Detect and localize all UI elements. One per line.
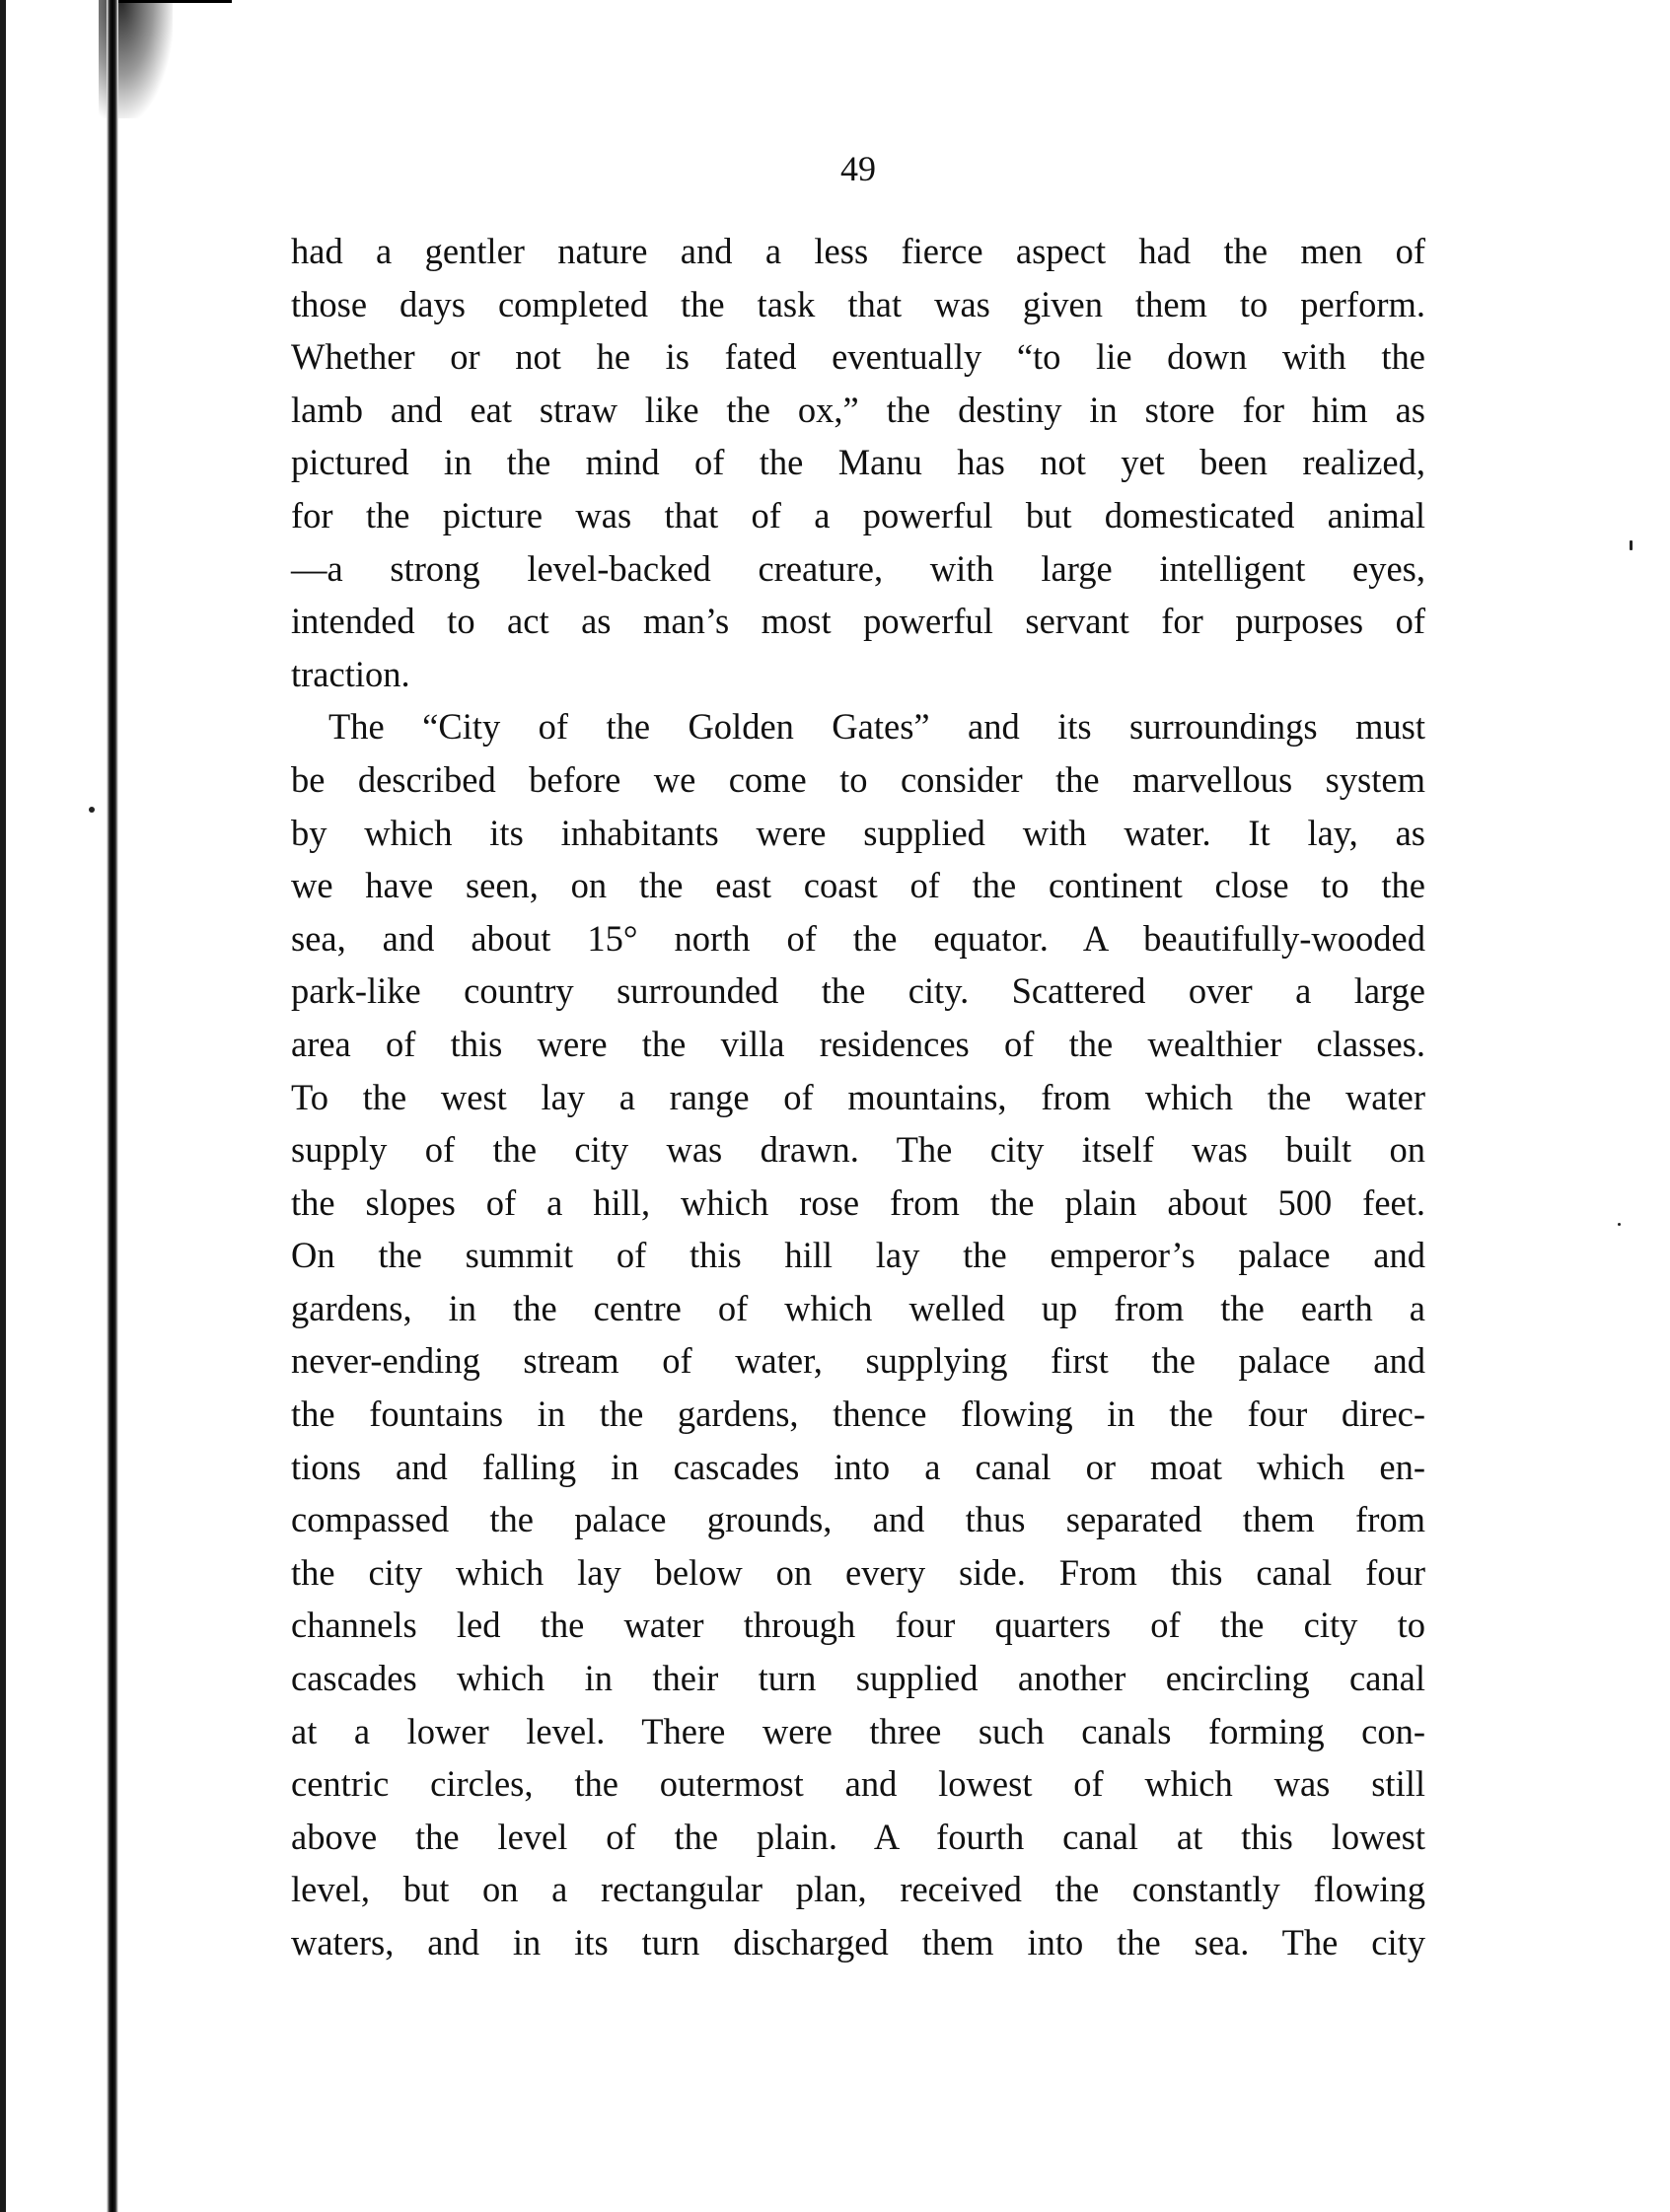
binding-gutter-line xyxy=(107,0,118,2212)
text-line: we have seen, on the east coast of the c… xyxy=(291,859,1425,912)
text-line: never-ending stream of water, supplying … xyxy=(291,1334,1425,1388)
text-line: tions and falling in cascades into a can… xyxy=(291,1441,1425,1494)
text-line: park-like country surrounded the city. S… xyxy=(291,964,1425,1018)
text-line: sea, and about 15° north of the equator.… xyxy=(291,912,1425,965)
paragraph-start-line: The “City of the Golden Gates” and its s… xyxy=(291,700,1425,753)
text-line: those days completed the task that was g… xyxy=(291,278,1425,331)
page-number: 49 xyxy=(0,148,1670,189)
text-line: To the west lay a range of mountains, fr… xyxy=(291,1071,1425,1124)
text-line: On the summit of this hill lay the emper… xyxy=(291,1229,1425,1282)
scan-speck xyxy=(1618,1223,1621,1226)
text-line: for the picture was that of a powerful b… xyxy=(291,489,1425,542)
text-line: Whether or not he is fated eventually “t… xyxy=(291,330,1425,384)
text-line: above the level of the plain. A fourth c… xyxy=(291,1811,1425,1864)
text-line: lamb and eat straw like the ox,” the des… xyxy=(291,384,1425,437)
text-line: the slopes of a hill, which rose from th… xyxy=(291,1177,1425,1230)
text-line: by which its inhabitants were supplied w… xyxy=(291,807,1425,860)
text-line: —a strong level-backed creature, with la… xyxy=(291,542,1425,596)
body-text: had a gentler nature and a less fierce a… xyxy=(291,225,1425,1969)
text-line: waters, and in its turn discharged them … xyxy=(291,1916,1425,1969)
text-line: gardens, in the centre of which welled u… xyxy=(291,1282,1425,1335)
scan-speck xyxy=(1630,540,1633,550)
text-line: channels led the water through four quar… xyxy=(291,1599,1425,1652)
text-line: centric circles, the outermost and lowes… xyxy=(291,1757,1425,1811)
scan-speck xyxy=(89,807,95,813)
text-line: level, but on a rectangular plan, receiv… xyxy=(291,1863,1425,1916)
text-line: the city which lay below on every side. … xyxy=(291,1546,1425,1600)
text-line: had a gentler nature and a less fierce a… xyxy=(291,225,1425,278)
text-line: the fountains in the gardens, thence flo… xyxy=(291,1388,1425,1441)
top-binding-rule xyxy=(109,0,232,3)
page-left-edge xyxy=(0,0,6,2212)
text-line: supply of the city was drawn. The city i… xyxy=(291,1123,1425,1177)
text-line: be described before we come to consider … xyxy=(291,753,1425,807)
text-line: traction. xyxy=(291,648,1425,701)
text-line: at a lower level. There were three such … xyxy=(291,1705,1425,1758)
text-line: pictured in the mind of the Manu has not… xyxy=(291,436,1425,489)
text-line: cascades which in their turn supplied an… xyxy=(291,1652,1425,1705)
text-line: intended to act as man’s most powerful s… xyxy=(291,595,1425,648)
text-line: area of this were the villa residences o… xyxy=(291,1018,1425,1071)
text-line: compassed the palace grounds, and thus s… xyxy=(291,1493,1425,1546)
